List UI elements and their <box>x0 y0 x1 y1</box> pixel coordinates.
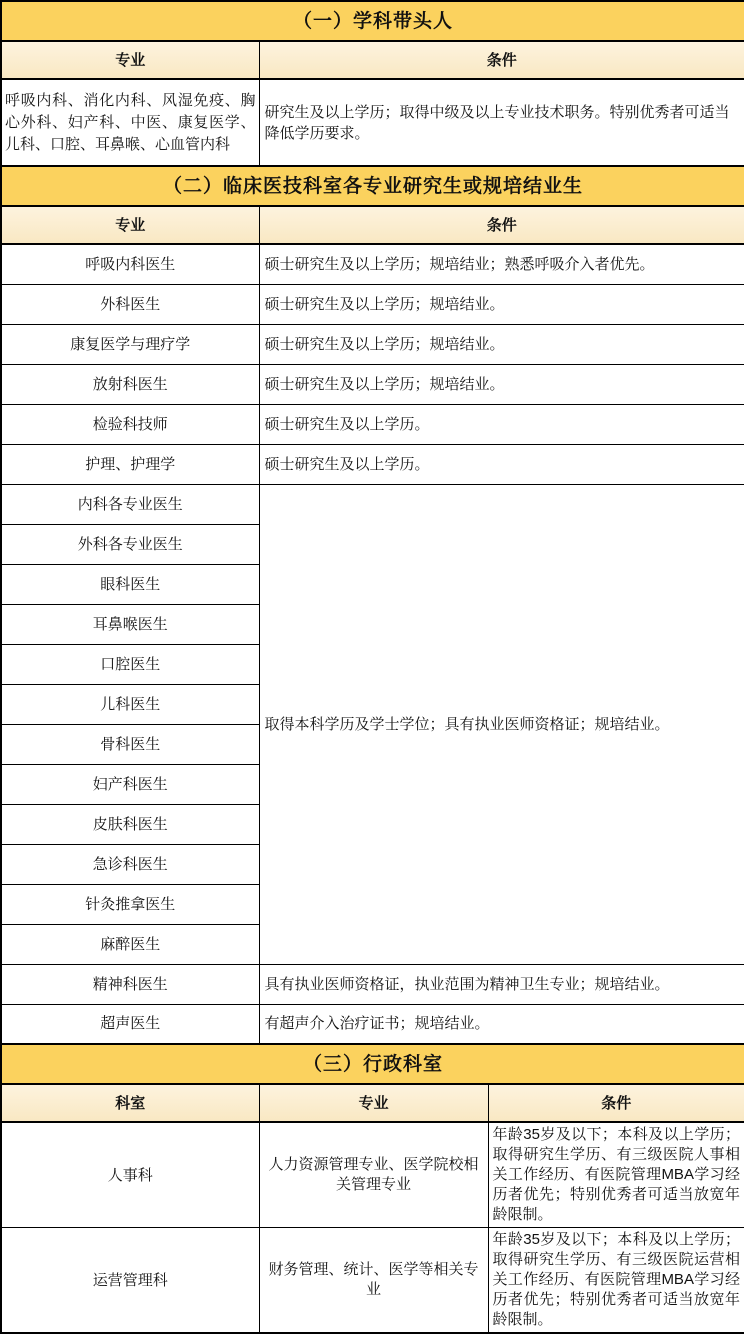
table-row: 人事科 人力资源管理专业、医学院校相关管理专业 年龄35岁及以下；本科及以上学历… <box>1 1122 744 1228</box>
condition-cell: 硕士研究生及以上学历。 <box>259 404 744 444</box>
table-row: 外科医生 硕士研究生及以上学历；规培结业。 <box>1 284 744 324</box>
major-cell: 康复医学与理疗学 <box>1 324 259 364</box>
major-cell: 皮肤科医生 <box>1 804 259 844</box>
major-cell: 检验科技师 <box>1 404 259 444</box>
section-1-column-condition: 条件 <box>259 41 744 79</box>
major-cell: 口腔医生 <box>1 644 259 684</box>
section-2-title: （二）临床医技科室各专业研究生或规培结业生 <box>1 166 744 206</box>
table-row: 内科各专业医生 取得本科学历及学士学位；具有执业医师资格证；规培结业。 <box>1 484 744 524</box>
condition-cell: 硕士研究生及以上学历。 <box>259 444 744 484</box>
table-row: 超声医生 有超声介入治疗证书；规培结业。 <box>1 1004 744 1044</box>
major-cell: 妇产科医生 <box>1 764 259 804</box>
section-2-column-header-row: 专业 条件 <box>1 206 744 244</box>
major-cell: 骨科医生 <box>1 724 259 764</box>
section-1-column-major: 专业 <box>1 41 259 79</box>
condition-cell: 研究生及以上学历；取得中级及以上专业技术职务。特别优秀者可适当降低学历要求。 <box>259 79 744 166</box>
condition-cell: 年龄35岁及以下；本科及以上学历；取得研究生学历、有三级医院运营相关工作经历、有… <box>488 1228 744 1334</box>
table-row: 精神科医生 具有执业医师资格证，执业范围为精神卫生专业；规培结业。 <box>1 964 744 1004</box>
section-1-column-header-row: 专业 条件 <box>1 41 744 79</box>
section-3-title: （三）行政科室 <box>1 1044 744 1084</box>
major-cell: 人力资源管理专业、医学院校相关管理专业 <box>259 1122 488 1228</box>
major-cell: 内科各专业医生 <box>1 484 259 524</box>
major-cell: 护理、护理学 <box>1 444 259 484</box>
major-cell: 麻醉医生 <box>1 924 259 964</box>
section-2-column-condition: 条件 <box>259 206 744 244</box>
section-1-title: （一）学科带头人 <box>1 1 744 41</box>
table-row: 康复医学与理疗学 硕士研究生及以上学历；规培结业。 <box>1 324 744 364</box>
condition-cell: 硕士研究生及以上学历；规培结业。 <box>259 324 744 364</box>
major-cell: 急诊科医生 <box>1 844 259 884</box>
major-cell: 放射科医生 <box>1 364 259 404</box>
major-cell: 外科医生 <box>1 284 259 324</box>
major-cell: 眼科医生 <box>1 564 259 604</box>
section-3-header-row: （三）行政科室 <box>1 1044 744 1084</box>
major-cell: 耳鼻喉医生 <box>1 604 259 644</box>
major-cell: 超声医生 <box>1 1004 259 1044</box>
table-row: 运营管理科 财务管理、统计、医学等相关专业 年龄35岁及以下；本科及以上学历；取… <box>1 1228 744 1334</box>
condition-cell: 具有执业医师资格证，执业范围为精神卫生专业；规培结业。 <box>259 964 744 1004</box>
section-2-column-major: 专业 <box>1 206 259 244</box>
condition-cell: 硕士研究生及以上学历；规培结业。 <box>259 284 744 324</box>
recruitment-table: （一）学科带头人 专业 条件 呼吸内科、消化内科、风湿免疫、胸心外科、妇产科、中… <box>0 0 744 1334</box>
condition-cell: 硕士研究生及以上学历；规培结业；熟悉呼吸介入者优先。 <box>259 244 744 284</box>
major-cell: 儿科医生 <box>1 684 259 724</box>
section-3-column-condition: 条件 <box>488 1084 744 1122</box>
major-cell: 财务管理、统计、医学等相关专业 <box>259 1228 488 1334</box>
section-1-header-row: （一）学科带头人 <box>1 1 744 41</box>
section-3-column-department: 科室 <box>1 1084 259 1122</box>
table-row: 护理、护理学 硕士研究生及以上学历。 <box>1 444 744 484</box>
section-3-column-major: 专业 <box>259 1084 488 1122</box>
department-cell: 运营管理科 <box>1 1228 259 1334</box>
major-cell: 外科各专业医生 <box>1 524 259 564</box>
table-row: 放射科医生 硕士研究生及以上学历；规培结业。 <box>1 364 744 404</box>
table-row: 呼吸内科医生 硕士研究生及以上学历；规培结业；熟悉呼吸介入者优先。 <box>1 244 744 284</box>
section-2-header-row: （二）临床医技科室各专业研究生或规培结业生 <box>1 166 744 206</box>
major-cell: 精神科医生 <box>1 964 259 1004</box>
major-cell: 呼吸内科、消化内科、风湿免疫、胸心外科、妇产科、中医、康复医学、儿科、口腔、耳鼻… <box>1 79 259 166</box>
condition-cell: 硕士研究生及以上学历；规培结业。 <box>259 364 744 404</box>
table-row: 呼吸内科、消化内科、风湿免疫、胸心外科、妇产科、中医、康复医学、儿科、口腔、耳鼻… <box>1 79 744 166</box>
section-3-column-header-row: 科室 专业 条件 <box>1 1084 744 1122</box>
table-row: 检验科技师 硕士研究生及以上学历。 <box>1 404 744 444</box>
condition-cell: 年龄35岁及以下；本科及以上学历；取得研究生学历、有三级医院人事相关工作经历、有… <box>488 1122 744 1228</box>
department-cell: 人事科 <box>1 1122 259 1228</box>
merged-condition-cell: 取得本科学历及学士学位；具有执业医师资格证；规培结业。 <box>259 484 744 964</box>
major-cell: 呼吸内科医生 <box>1 244 259 284</box>
condition-cell: 有超声介入治疗证书；规培结业。 <box>259 1004 744 1044</box>
major-cell: 针灸推拿医生 <box>1 884 259 924</box>
